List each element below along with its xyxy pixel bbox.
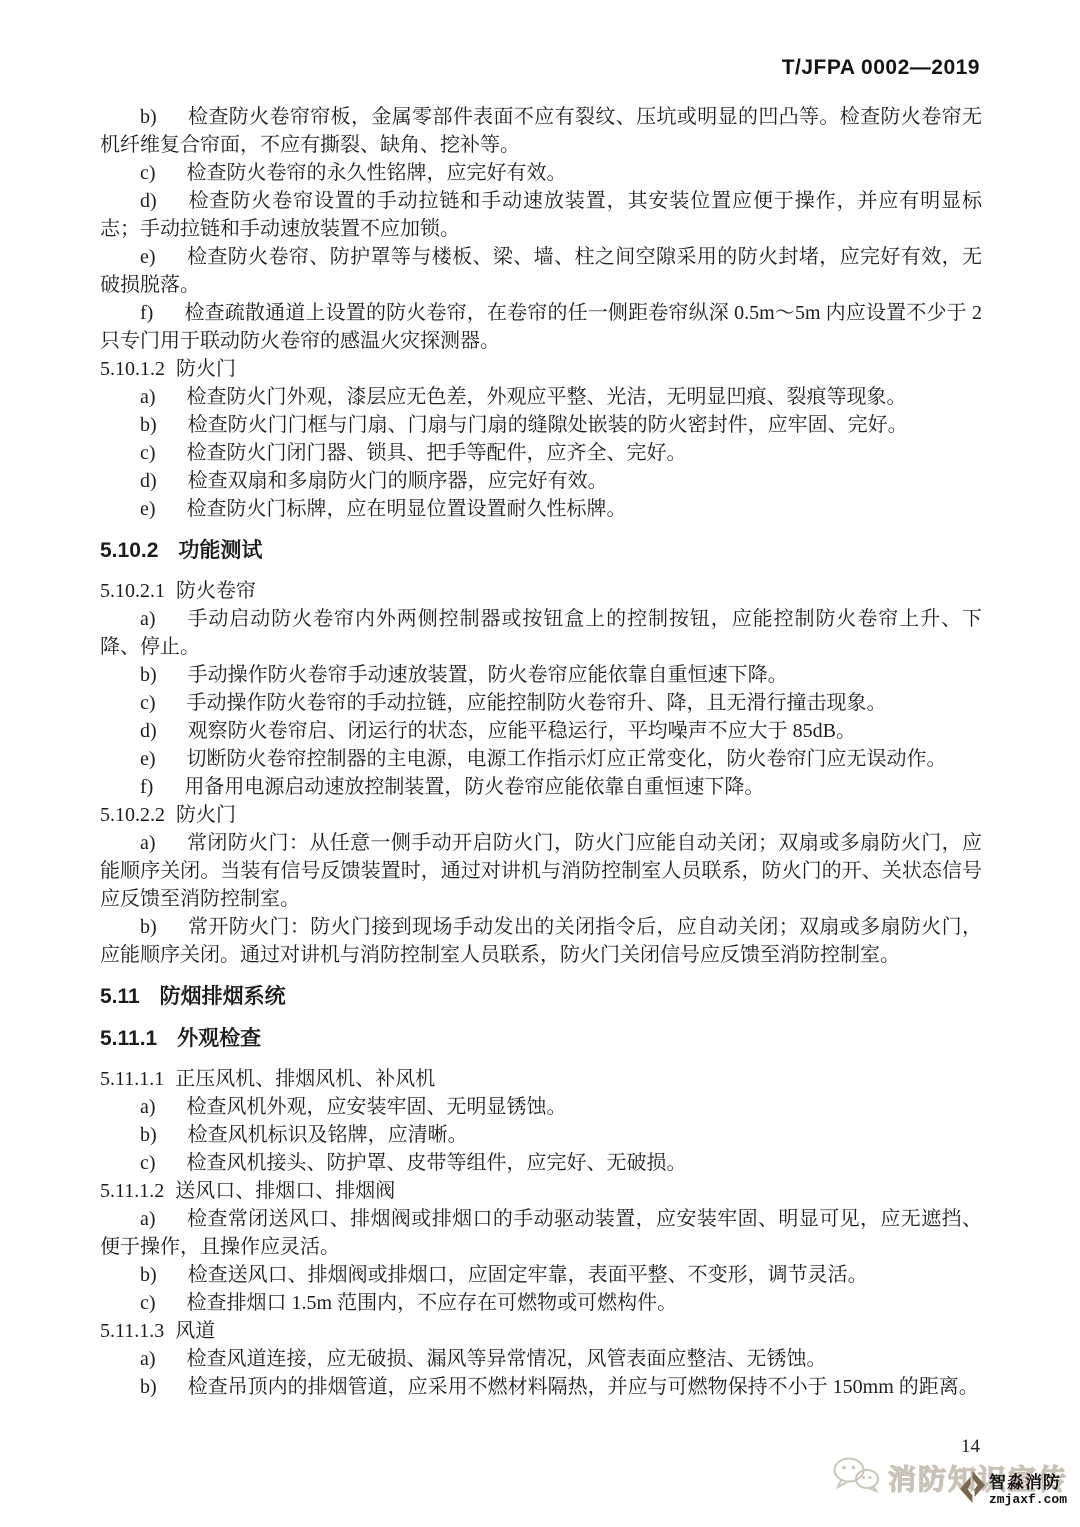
clause-title: 防火卷帘	[176, 580, 256, 602]
item-text: 手动操作防火卷帘手动速放装置，防火卷帘应能依靠自重恒速下降。	[188, 664, 788, 686]
item-label: d)	[140, 190, 157, 212]
clause-number: 5.11.1.1	[100, 1068, 164, 1090]
list-item: a)常闭防火门：从任意一侧手动开启防火门，防火门应能自动关闭；双扇或多扇防火门，…	[100, 829, 982, 913]
item-text: 检查风道连接，应无破损、漏风等异常情况，风管表面应整洁、无锈蚀。	[187, 1348, 827, 1370]
list-item: b)检查防火卷帘帘板，金属零部件表面不应有裂纹、压坑或明显的凹凸等。检查防火卷帘…	[100, 103, 982, 159]
heading-number: 5.10.2	[100, 539, 158, 562]
item-label: d)	[140, 720, 157, 742]
document-page: T/JFPA 0002—2019 b)检查防火卷帘帘板，金属零部件表面不应有裂纹…	[0, 0, 1080, 1527]
clause-number: 5.10.2.1	[100, 580, 165, 602]
list-item: a)检查风机外观，应安装牢固、无明显锈蚀。	[100, 1093, 982, 1121]
clause-number: 5.10.1.2	[100, 358, 165, 380]
item-label: a)	[140, 1208, 156, 1230]
clause-number: 5.10.2.2	[100, 804, 165, 826]
item-text: 检查防火门外观，漆层应无色差，外观应平整、光洁，无明显凹痕、裂痕等现象。	[187, 386, 907, 408]
section-heading: 5.11.1外观检查	[100, 1025, 982, 1053]
section-heading: 5.10.2功能测试	[100, 537, 982, 565]
heading-title: 外观检查	[177, 1027, 261, 1050]
list-item: e)检查防火卷帘、防护罩等与楼板、梁、墙、柱之间空隙采用的防火封堵，应完好有效，…	[100, 243, 982, 299]
list-item: c)检查风机接头、防护罩、皮带等组件，应完好、无破损。	[100, 1149, 982, 1177]
item-text: 常闭防火门：从任意一侧手动开启防火门，防火门应能自动关闭；双扇或多扇防火门，应能…	[100, 832, 982, 910]
item-text: 检查防火门标牌，应在明显位置设置耐久性标牌。	[187, 498, 627, 520]
item-label: c)	[140, 692, 156, 714]
clause-title: 防火门	[176, 804, 236, 826]
clause-heading: 5.11.1.3风道	[100, 1317, 982, 1345]
item-label: b)	[140, 664, 157, 686]
item-text: 切断防火卷帘控制器的主电源，电源工作指示灯应正常变化，防火卷帘门应无误动作。	[187, 748, 947, 770]
list-item: c)手动操作防火卷帘的手动拉链，应能控制防火卷帘升、降，且无滑行撞击现象。	[100, 689, 982, 717]
item-label: e)	[140, 748, 156, 770]
doc-number: T/JFPA 0002—2019	[782, 56, 980, 80]
item-label: a)	[140, 386, 156, 408]
publisher-stamp: 智淼消防 zmjaxf.com	[960, 1471, 1067, 1508]
heading-title: 功能测试	[178, 539, 262, 562]
list-item: c)检查防火门闭门器、锁具、把手等配件，应齐全、完好。	[100, 439, 982, 467]
item-label: b)	[140, 106, 157, 128]
item-label: e)	[140, 498, 156, 520]
clause-number: 5.11.1.2	[100, 1180, 164, 1202]
section-heading: 5.11防烟排烟系统	[100, 983, 982, 1011]
clause-heading: 5.11.1.2送风口、排烟口、排烟阀	[100, 1177, 982, 1205]
list-item: c)检查防火卷帘的永久性铭牌，应完好有效。	[100, 159, 982, 187]
list-item: d)观察防火卷帘启、闭运行的状态，应能平稳运行，平均噪声不应大于 85dB。	[100, 717, 982, 745]
list-item: b)检查送风口、排烟阀或排烟口，应固定牢靠，表面平整、不变形，调节灵活。	[100, 1261, 982, 1289]
list-item: d)检查双扇和多扇防火门的顺序器，应完好有效。	[100, 467, 982, 495]
item-label: b)	[140, 916, 157, 938]
item-text: 检查送风口、排烟阀或排烟口，应固定牢靠，表面平整、不变形，调节灵活。	[188, 1264, 868, 1286]
item-label: c)	[140, 442, 156, 464]
item-text: 检查防火卷帘的永久性铭牌，应完好有效。	[187, 162, 567, 184]
item-label: f)	[140, 776, 153, 798]
logo-name: 智淼消防	[989, 1474, 1067, 1491]
list-item: a)手动启动防火卷帘内外两侧控制器或按钮盒上的控制按钮，应能控制防火卷帘上升、下…	[100, 605, 982, 661]
list-item: f)用备用电源启动速放控制装置，防火卷帘应能依靠自重恒速下降。	[100, 773, 982, 801]
wechat-icon	[832, 1456, 880, 1499]
item-label: c)	[140, 162, 156, 184]
list-item: a)检查风道连接，应无破损、漏风等异常情况，风管表面应整洁、无锈蚀。	[100, 1345, 982, 1373]
list-item: e)切断防火卷帘控制器的主电源，电源工作指示灯应正常变化，防火卷帘门应无误动作。	[100, 745, 982, 773]
item-label: b)	[140, 1124, 157, 1146]
item-label: b)	[140, 1264, 157, 1286]
item-text: 检查防火门门框与门扇、门扇与门扇的缝隙处嵌装的防火密封件，应牢固、完好。	[188, 414, 908, 436]
item-label: a)	[140, 608, 156, 630]
item-text: 检查风机接头、防护罩、皮带等组件，应完好、无破损。	[187, 1152, 687, 1174]
item-text: 检查常闭送风口、排烟阀或排烟口的手动驱动装置，应安装牢固、明显可见，应无遮挡、便…	[100, 1208, 982, 1258]
item-text: 检查风机外观，应安装牢固、无明显锈蚀。	[187, 1096, 567, 1118]
item-text: 检查防火卷帘、防护罩等与楼板、梁、墙、柱之间空隙采用的防火封堵，应完好有效，无破…	[100, 246, 982, 296]
list-item: e)检查防火门标牌，应在明显位置设置耐久性标牌。	[100, 495, 982, 523]
item-label: b)	[140, 414, 157, 436]
clause-number: 5.11.1.3	[100, 1320, 164, 1342]
list-item: b)检查风机标识及铭牌，应清晰。	[100, 1121, 982, 1149]
heading-title: 防烟排烟系统	[160, 985, 286, 1008]
item-text: 检查双扇和多扇防火门的顺序器，应完好有效。	[188, 470, 608, 492]
document-body: b)检查防火卷帘帘板，金属零部件表面不应有裂纹、压坑或明显的凹凸等。检查防火卷帘…	[100, 103, 982, 1401]
list-item: a)检查防火门外观，漆层应无色差，外观应平整、光洁，无明显凹痕、裂痕等现象。	[100, 383, 982, 411]
item-label: c)	[140, 1152, 156, 1174]
item-text: 手动启动防火卷帘内外两侧控制器或按钮盒上的控制按钮，应能控制防火卷帘上升、下降、…	[100, 608, 982, 658]
item-text: 检查防火卷帘帘板，金属零部件表面不应有裂纹、压坑或明显的凹凸等。检查防火卷帘无机…	[100, 106, 982, 156]
list-item: b)手动操作防火卷帘手动速放装置，防火卷帘应能依靠自重恒速下降。	[100, 661, 982, 689]
list-item: f)检查疏散通道上设置的防火卷帘，在卷帘的任一侧距卷帘纵深 0.5m～5m 内应…	[100, 299, 982, 355]
item-label: a)	[140, 1096, 156, 1118]
item-label: e)	[140, 246, 156, 268]
item-text: 常开防火门：防火门接到现场手动发出的关闭指令后，应自动关闭；双扇或多扇防火门，应…	[100, 916, 982, 966]
item-text: 检查防火卷帘设置的手动拉链和手动速放装置，其安装位置应便于操作，并应有明显标志；…	[100, 190, 982, 240]
item-label: d)	[140, 470, 157, 492]
logo-site: zmjaxf.com	[989, 1493, 1067, 1506]
item-text: 检查风机标识及铭牌，应清晰。	[188, 1124, 468, 1146]
page-number: 14	[961, 1436, 980, 1458]
heading-number: 5.11	[100, 985, 140, 1008]
list-item: b)检查吊顶内的排烟管道，应采用不燃材料隔热，并应与可燃物保持不小于 150mm…	[100, 1373, 982, 1401]
item-text: 检查防火门闭门器、锁具、把手等配件，应齐全、完好。	[187, 442, 687, 464]
item-label: c)	[140, 1292, 156, 1314]
clause-title: 送风口、排烟口、排烟阀	[175, 1180, 395, 1202]
list-item: b)检查防火门门框与门扇、门扇与门扇的缝隙处嵌装的防火密封件，应牢固、完好。	[100, 411, 982, 439]
heading-number: 5.11.1	[100, 1027, 157, 1050]
item-text: 手动操作防火卷帘的手动拉链，应能控制防火卷帘升、降，且无滑行撞击现象。	[187, 692, 887, 714]
item-text: 观察防火卷帘启、闭运行的状态，应能平稳运行，平均噪声不应大于 85dB。	[188, 720, 856, 742]
clause-heading: 5.11.1.1正压风机、排烟风机、补风机	[100, 1065, 982, 1093]
list-item: a)检查常闭送风口、排烟阀或排烟口的手动驱动装置，应安装牢固、明显可见，应无遮挡…	[100, 1205, 982, 1261]
diamond-logo-icon	[960, 1471, 985, 1508]
item-label: f)	[140, 302, 153, 324]
clause-heading: 5.10.2.2防火门	[100, 801, 982, 829]
clause-title: 防火门	[176, 358, 236, 380]
clause-heading: 5.10.2.1防火卷帘	[100, 577, 982, 605]
list-item: c)检查排烟口 1.5m 范围内，不应存在可燃物或可燃构件。	[100, 1289, 982, 1317]
list-item: d)检查防火卷帘设置的手动拉链和手动速放装置，其安装位置应便于操作，并应有明显标…	[100, 187, 982, 243]
item-text: 检查排烟口 1.5m 范围内，不应存在可燃物或可燃构件。	[187, 1292, 678, 1314]
item-text: 检查吊顶内的排烟管道，应采用不燃材料隔热，并应与可燃物保持不小于 150mm 的…	[188, 1376, 979, 1398]
item-text: 用备用电源启动速放控制装置，防火卷帘应能依靠自重恒速下降。	[184, 776, 764, 798]
item-label: b)	[140, 1376, 157, 1398]
item-label: a)	[140, 1348, 156, 1370]
item-label: a)	[140, 832, 156, 854]
item-text: 检查疏散通道上设置的防火卷帘，在卷帘的任一侧距卷帘纵深 0.5m～5m 内应设置…	[100, 302, 982, 352]
clause-title: 风道	[175, 1320, 215, 1342]
clause-heading: 5.10.1.2防火门	[100, 355, 982, 383]
list-item: b)常开防火门：防火门接到现场手动发出的关闭指令后，应自动关闭；双扇或多扇防火门…	[100, 913, 982, 969]
clause-title: 正压风机、排烟风机、补风机	[175, 1068, 435, 1090]
